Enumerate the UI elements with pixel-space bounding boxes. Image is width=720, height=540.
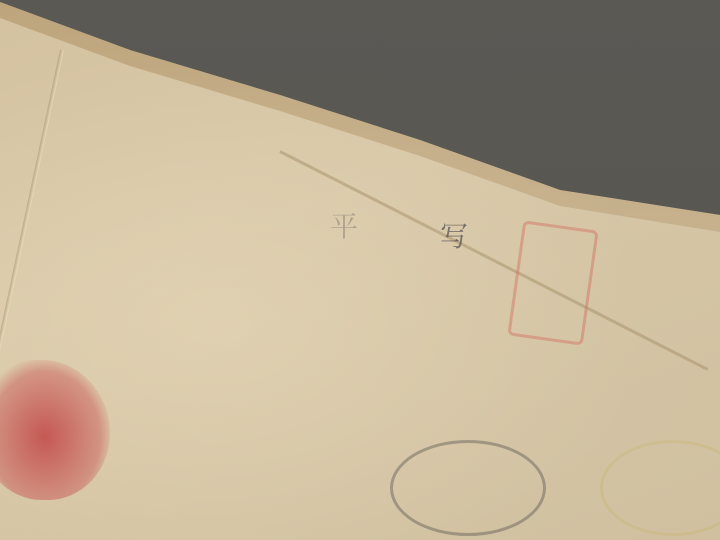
red-seal-mark [507,220,598,345]
gray-sketch-figure [390,440,546,536]
ink-calligraphy-mark: 写 [440,215,468,255]
faint-ink-mark: 平 [330,205,358,245]
